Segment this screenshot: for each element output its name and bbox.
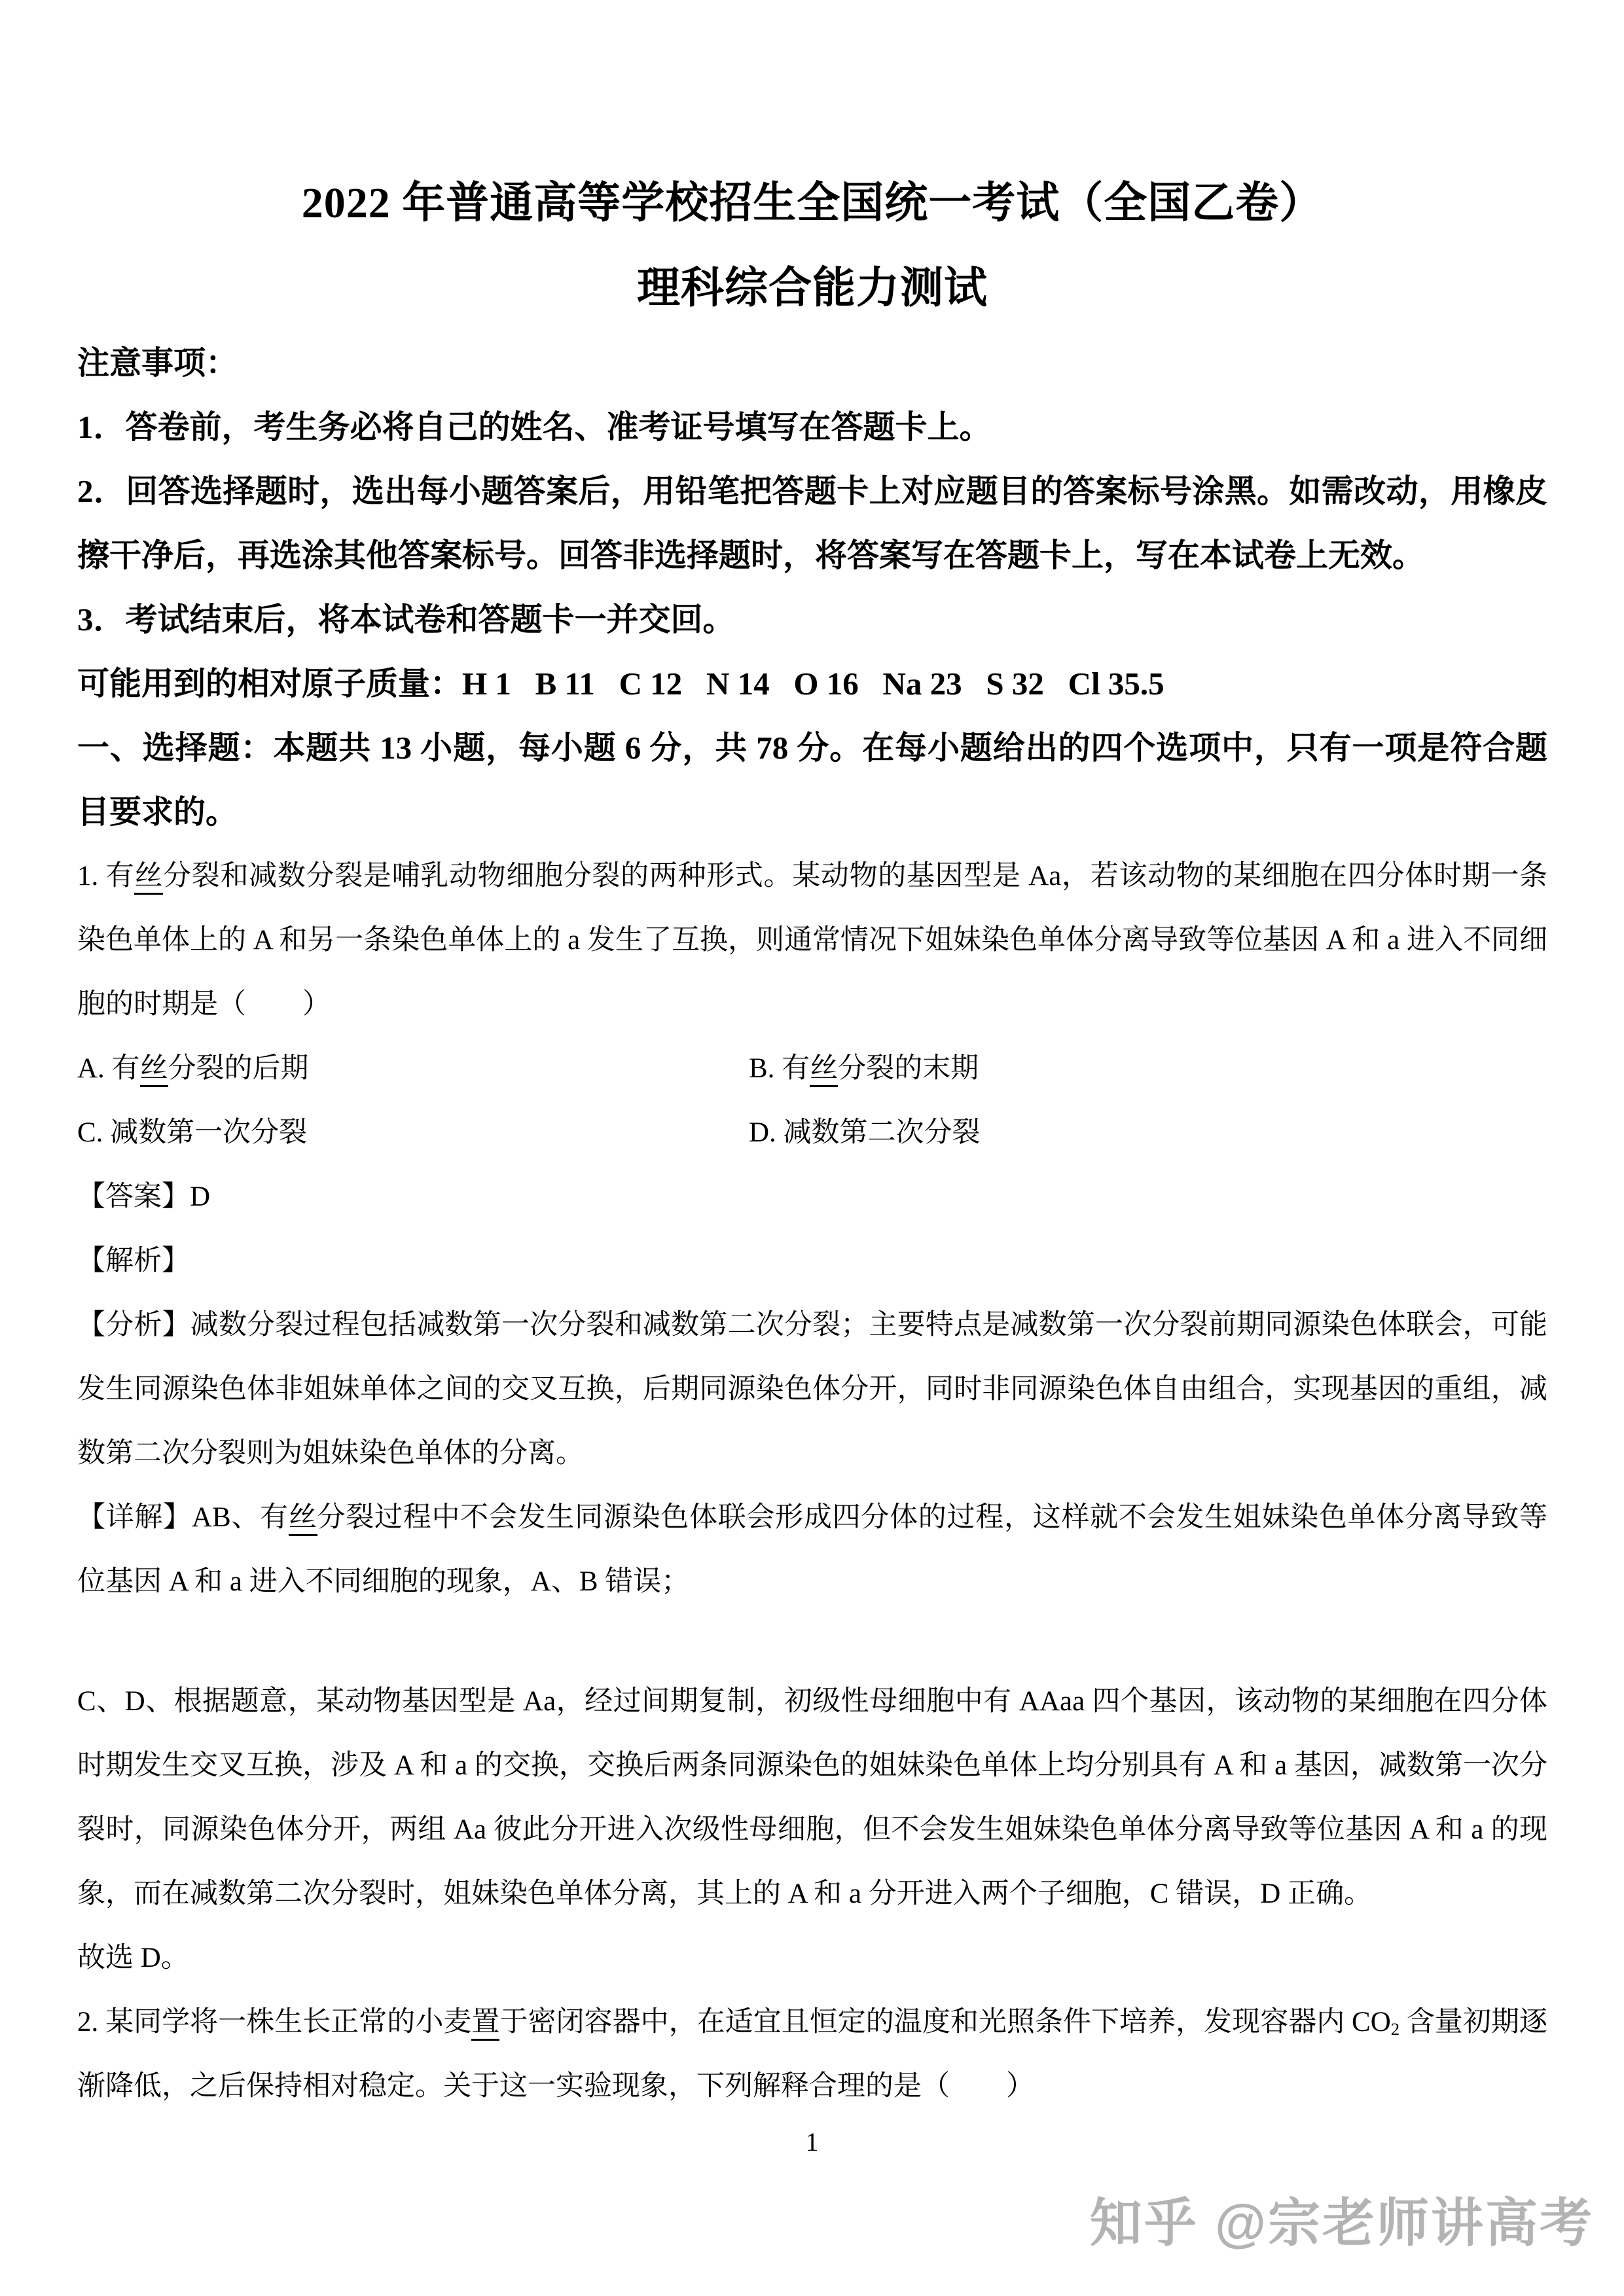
detail-paragraph-cd: C、D、根据题意，某动物基因型是 Aa，经过间期复制，初级性母细胞中有 AAaa… [77, 1670, 1547, 1926]
analysis-paragraph: 【分析】减数分裂过程包括减数第一次分裂和减数第二次分裂；主要特点是减数第一次分裂… [77, 1293, 1547, 1486]
answer-line: 【答案】D [77, 1165, 1547, 1229]
exam-document-page: 2022 年普通高等学校招生全国统一考试（全国乙卷） 理科综合能力测试 注意事项… [0, 0, 1624, 2296]
analysis-label: 【解析】 [77, 1229, 1547, 1293]
notice-section: 注意事项： 1．答卷前，考生务必将自己的姓名、准考证号填写在答题卡上。 2．回答… [77, 331, 1547, 844]
atomic-mass-line: 可能用到的相对原子质量：H 1 B 11 C 12 N 14 O 16 Na 2… [77, 652, 1547, 716]
option-a: A. 有丝分裂的后期 [77, 1037, 749, 1101]
option-d: D. 减数第二次分裂 [749, 1101, 1547, 1165]
option-b: B. 有丝分裂的末期 [749, 1037, 1547, 1101]
watermark-text: 知乎 @宗老师讲高考 [1090, 2187, 1594, 2259]
conclusion-line: 故选 D。 [77, 1926, 1547, 1990]
question-1: 1. 有丝分裂和减数分裂是哺乳动物细胞分裂的两种形式。某动物的基因型是 Aa，若… [77, 844, 1547, 1990]
exam-title: 2022 年普通高等学校招生全国统一考试（全国乙卷） [77, 161, 1547, 246]
document-body: 2022 年普通高等学校招生全国统一考试（全国乙卷） 理科综合能力测试 注意事项… [77, 161, 1547, 2119]
detail-paragraph-ab: 【详解】AB、有丝分裂过程中不会发生同源染色体联会形成四分体的过程，这样就不会发… [77, 1486, 1547, 1614]
notice-item-3: 3．考试结束后，将本试卷和答题卡一并交回。 [77, 588, 1547, 652]
option-c: C. 减数第一次分裂 [77, 1101, 749, 1165]
notice-heading: 注意事项： [77, 331, 1547, 395]
question-1-stem: 1. 有丝分裂和减数分裂是哺乳动物细胞分裂的两种形式。某动物的基因型是 Aa，若… [77, 844, 1547, 1037]
question-1-options: A. 有丝分裂的后期 B. 有丝分裂的末期 C. 减数第一次分裂 D. 减数第二… [77, 1037, 1547, 1165]
notice-item-1: 1．答卷前，考生务必将自己的姓名、准考证号填写在答题卡上。 [77, 395, 1547, 459]
section-heading: 一、选择题：本题共 13 小题，每小题 6 分，共 78 分。在每小题给出的四个… [77, 716, 1547, 844]
exam-subtitle: 理科综合能力测试 [77, 246, 1547, 331]
page-number: 1 [0, 2126, 1624, 2159]
notice-item-2: 2．回答选择题时，选出每小题答案后，用铅笔把答题卡上对应题目的答案标号涂黑。如需… [77, 459, 1547, 588]
question-2-stem: 2. 某同学将一株生长正常的小麦置于密闭容器中，在适宜且恒定的温度和光照条件下培… [77, 1990, 1547, 2119]
question-2: 2. 某同学将一株生长正常的小麦置于密闭容器中，在适宜且恒定的温度和光照条件下培… [77, 1990, 1547, 2119]
